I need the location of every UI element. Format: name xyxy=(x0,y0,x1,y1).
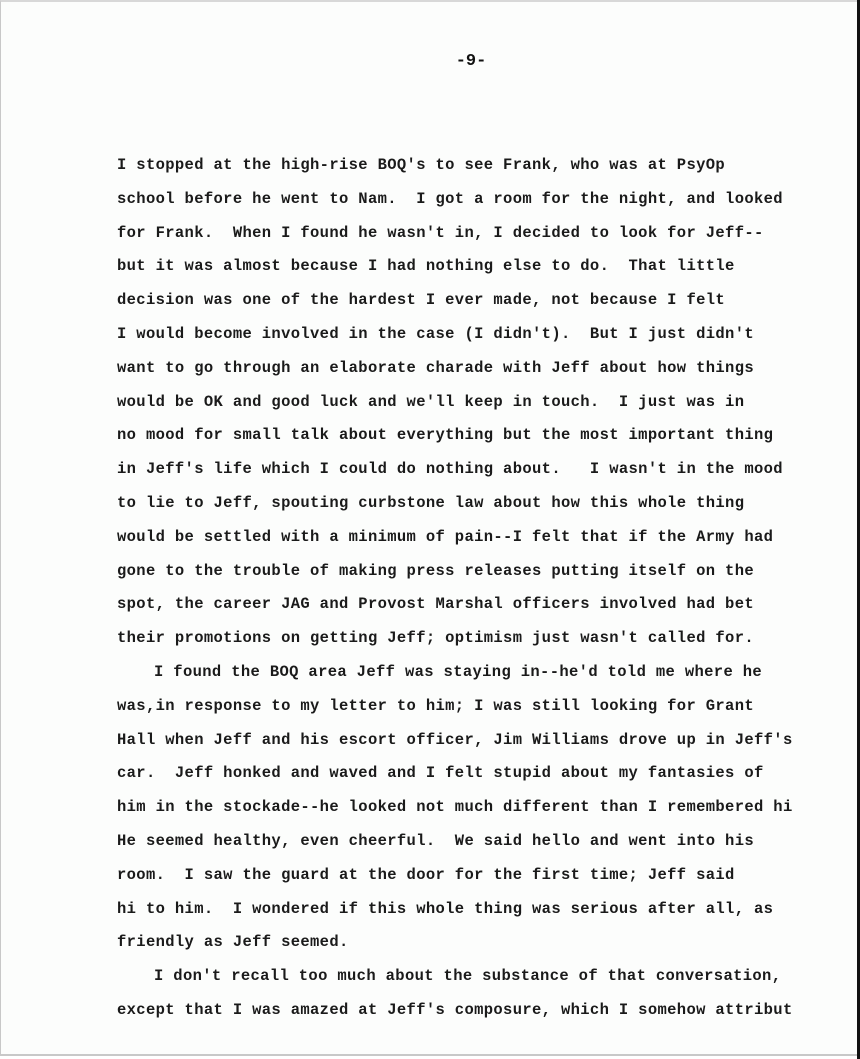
text-line: to lie to Jeff, spouting curbstone law a… xyxy=(117,487,860,521)
text-line: spot, the career JAG and Provost Marshal… xyxy=(117,588,860,622)
text-line: gone to the trouble of making press rele… xyxy=(117,555,860,589)
text-line: was,in response to my letter to him; I w… xyxy=(117,690,860,724)
paragraph: I stopped at the high-rise BOQ's to see … xyxy=(117,149,860,656)
document-body: I stopped at the high-rise BOQ's to see … xyxy=(117,149,860,1028)
text-line: room. I saw the guard at the door for th… xyxy=(117,859,860,893)
text-line: but it was almost because I had nothing … xyxy=(117,250,860,284)
text-line: I would become involved in the case (I d… xyxy=(117,318,860,352)
text-line: hi to him. I wondered if this whole thin… xyxy=(117,893,860,927)
text-line: school before he went to Nam. I got a ro… xyxy=(117,183,860,217)
page-number: -9- xyxy=(1,52,860,71)
text-line: in Jeff's life which I could do nothing … xyxy=(117,453,860,487)
document-page: -9- I stopped at the high-rise BOQ's to … xyxy=(0,0,857,1056)
text-line: for Frank. When I found he wasn't in, I … xyxy=(117,217,860,251)
text-line: friendly as Jeff seemed. xyxy=(117,926,860,960)
text-line: I don't recall too much about the substa… xyxy=(117,960,860,994)
text-line: no mood for small talk about everything … xyxy=(117,419,860,453)
paragraph: I found the BOQ area Jeff was staying in… xyxy=(117,656,860,960)
text-line: decision was one of the hardest I ever m… xyxy=(117,284,860,318)
text-line: their promotions on getting Jeff; optimi… xyxy=(117,622,860,656)
text-line: except that I was amazed at Jeff's compo… xyxy=(117,994,860,1028)
text-line: want to go through an elaborate charade … xyxy=(117,352,860,386)
text-line: him in the stockade--he looked not much … xyxy=(117,791,860,825)
paragraph: I don't recall too much about the substa… xyxy=(117,960,860,1028)
text-line: He seemed healthy, even cheerful. We sai… xyxy=(117,825,860,859)
text-line: car. Jeff honked and waved and I felt st… xyxy=(117,757,860,791)
text-line: Hall when Jeff and his escort officer, J… xyxy=(117,724,860,758)
text-line: I stopped at the high-rise BOQ's to see … xyxy=(117,149,860,183)
text-line: would be OK and good luck and we'll keep… xyxy=(117,386,860,420)
text-line: would be settled with a minimum of pain-… xyxy=(117,521,860,555)
text-line: I found the BOQ area Jeff was staying in… xyxy=(117,656,860,690)
